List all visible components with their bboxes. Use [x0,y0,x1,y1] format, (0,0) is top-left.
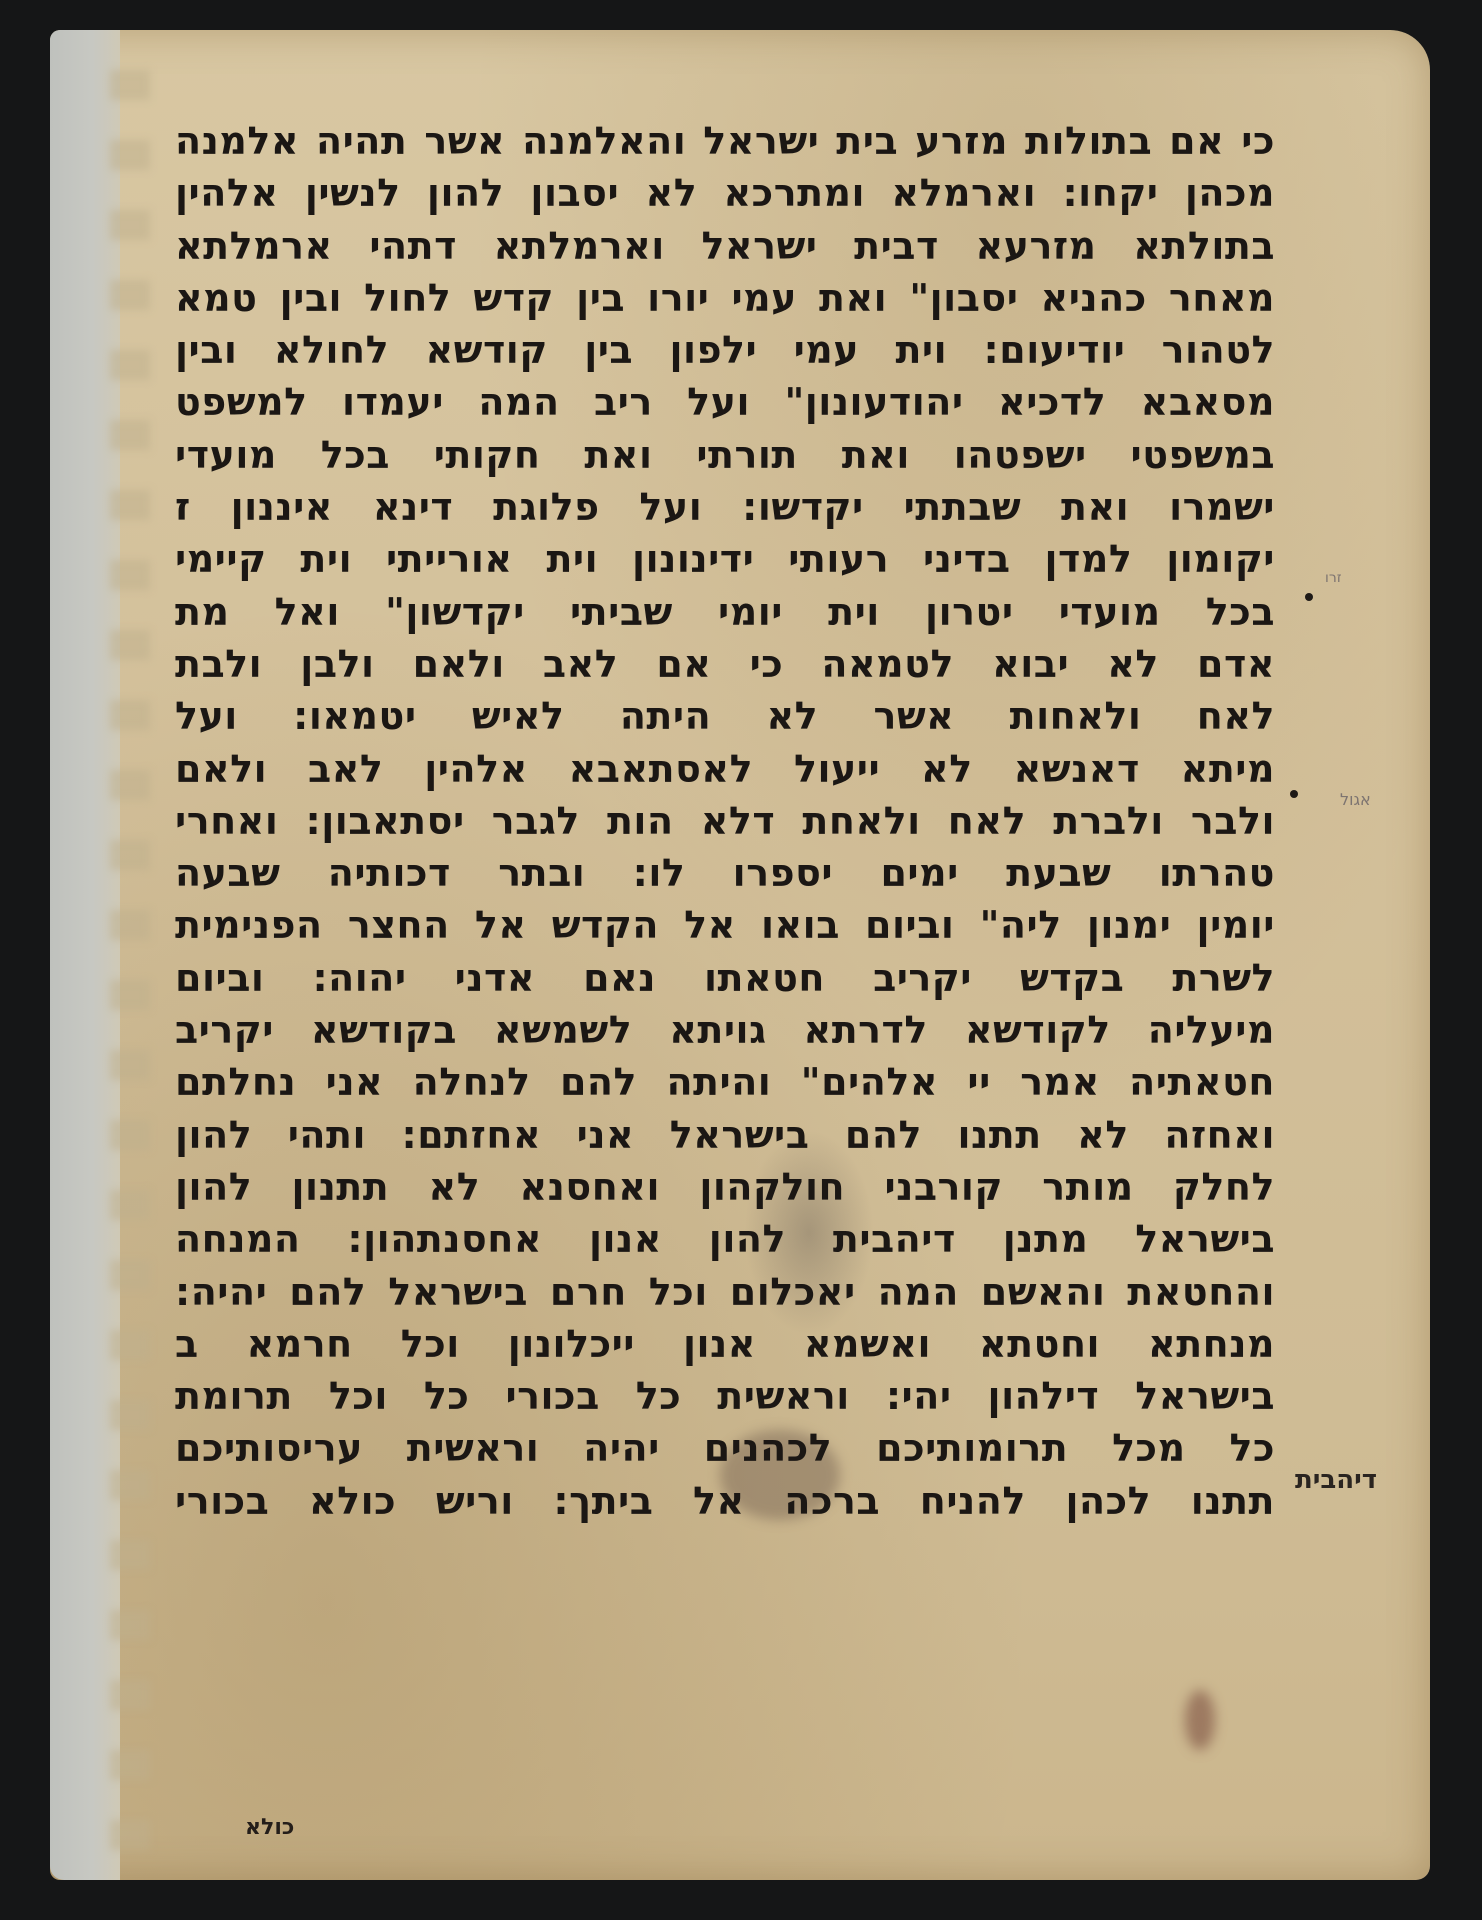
wax-stain [1185,1690,1215,1750]
text-line-19: חטאתיה אמר יי אלהים" והיתה להם לנחלה אני… [175,1056,1275,1108]
text-line-6: מסאבא לדכיא יהודעונון" ועל ריב המה יעמדו… [175,376,1275,428]
text-line-10: בכל מועדי יטרון וית יומי שביתי יקדשון" ו… [175,586,1275,638]
margin-note-upper: זרו [1325,570,1342,586]
text-line-1: כי אם בתולות מזרע בית ישראל והאלמנה אשר … [175,115,1275,167]
text-line-22: בישראל מתנן דיהבית להון אנון אחסנתהון: ה… [175,1213,1275,1265]
text-line-23: והחטאת והאשם המה יאכלום וכל חרם בישראל ל… [175,1266,1275,1318]
text-line-16: יומין ימנון ליה" וביום בואו אל הקדש אל ה… [175,899,1275,951]
text-line-7: במשפטי ישפטהו ואת תורתי ואת חקותי בכל מו… [175,429,1275,481]
margin-dot [1305,593,1313,601]
text-line-21: לחלק מותר קורבני חולקהון ואחסנא לא תתנון… [175,1161,1275,1213]
text-line-3: בתולתא מזרעא דבית ישראל וארמלתא דתהי ארמ… [175,220,1275,272]
text-line-15: טהרתו שבעת ימים יספרו לו: ובתר דכותיה שב… [175,847,1275,899]
text-line-5: לטהור יודיעום: וית עמי ילפון בין קודשא ל… [175,324,1275,376]
text-line-11: אדם לא יבוא לטמאה כי אם לאב ולאם ולבן ול… [175,638,1275,690]
main-text-column: כי אם בתולות מזרע בית ישראל והאלמנה אשר … [175,115,1275,1527]
margin-note-middle: אגול [1340,790,1371,809]
text-line-24: מנחתא וחטתא ואשמא אנון ייכלונון וכל חרמא… [175,1318,1275,1370]
text-line-4: מאחר כהניא יסבון" ואת עמי יורו בין קדש ל… [175,272,1275,324]
text-line-27: תתנו לכהן להניח ברכה אל ביתך: וריש כולא … [175,1475,1275,1527]
margin-note-lower: דיהבית [1295,1465,1377,1495]
text-line-9: יקומון למדן בדיני רעותי ידינונון וית אור… [175,533,1275,585]
text-line-17: לשרת בקדש יקריב חטאתו נאם אדני יהוה: ובי… [175,952,1275,1004]
margin-dot [1290,790,1298,798]
text-line-13: מיתא דאנשא לא ייעול לאסתאבא אלהין לאב ול… [175,743,1275,795]
text-line-18: מיעליה לקודשא לדרתא גויתא לשמשא בקודשא י… [175,1004,1275,1056]
text-line-26: כל מכל תרומותיכם לכהנים יהיה וראשית עריס… [175,1422,1275,1474]
text-line-25: בישראל דילהון יהי: וראשית כל בכורי כל וכ… [175,1370,1275,1422]
text-line-12: לאח ולאחות אשר לא היתה לאיש יטמאו: ועל [175,690,1275,742]
torn-edge [110,30,150,1880]
catchword: כולא [245,1815,294,1840]
text-line-20: ואחזה לא תתנו להם בישראל אני אחזתם: ותהי… [175,1109,1275,1161]
text-line-8: ישמרו ואת שבתתי יקדשו: ועל פלוגת דינא אי… [175,481,1275,533]
text-line-14: ולבר ולברת לאח ולאחת דלא הות לגבר יסתאבו… [175,795,1275,847]
text-line-2: מכהן יקחו: וארמלא ומתרכא לא יסבון להון ל… [175,167,1275,219]
